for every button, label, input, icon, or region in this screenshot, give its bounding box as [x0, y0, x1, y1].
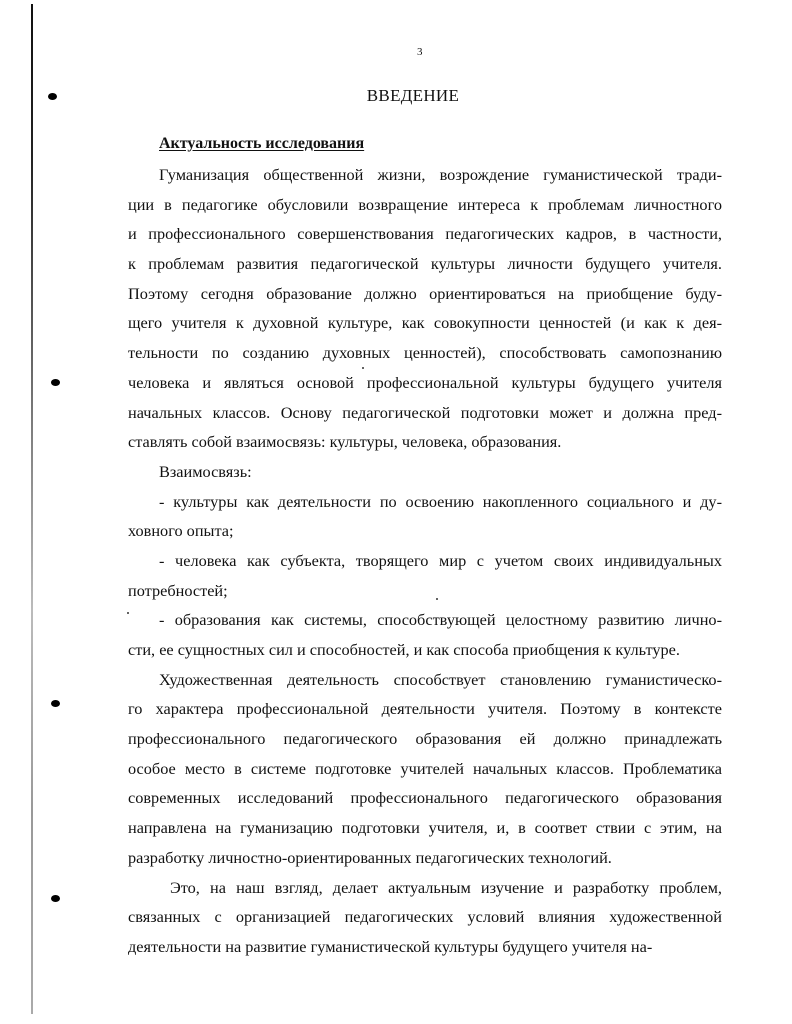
binding-line: [31, 4, 33, 1014]
text-line: разработку личностно-ориентированных пед…: [128, 843, 722, 873]
text-line: Поэтому сегодня образование должно ориен…: [128, 279, 722, 309]
page-number: 3: [417, 46, 423, 58]
text-line: современных исследований профессионально…: [128, 783, 722, 813]
text-line: ции в педагогике обусловили возвращение …: [128, 190, 722, 220]
text-line: сти, ее сущностных сил и способностей, и…: [128, 635, 722, 665]
text-line: ставлять собой взаимосвязь: культуры, че…: [128, 427, 722, 457]
page-title: ВВЕДЕНИЕ: [0, 86, 792, 106]
text-line: Гуманизация общественной жизни, возрожде…: [128, 160, 722, 190]
text-line: щего учителя к духовной культуре, как со…: [128, 308, 722, 338]
text-line: особое место в системе подготовке учител…: [128, 754, 722, 784]
section-heading: Актуальность исследования: [159, 135, 364, 153]
document-body: Гуманизация общественной жизни, возрожде…: [128, 160, 722, 962]
punch-hole-mark: [51, 379, 60, 386]
text-line: Художественная деятельность способствует…: [128, 665, 722, 695]
text-line: - культуры как деятельности по освоению …: [128, 487, 722, 517]
text-line: к проблемам развития педагогической куль…: [128, 249, 722, 279]
text-line: ховного опыта;: [128, 516, 722, 546]
text-line: деятельности на развитие гуманистической…: [128, 932, 722, 962]
text-line: Взаимосвязь:: [128, 457, 722, 487]
punch-hole-mark: [51, 895, 60, 902]
text-line: профессионального педагогического образо…: [128, 724, 722, 754]
text-line: тельности по созданию духовных ценностей…: [128, 338, 722, 368]
text-line: и профессионального совершенствования пе…: [128, 219, 722, 249]
text-line: го характера профессиональной деятельнос…: [128, 694, 722, 724]
text-line: Это, на наш взгляд, делает актуальным из…: [128, 873, 722, 903]
text-line: связанных с организацией педагогических …: [128, 902, 722, 932]
text-line: человека и являться основой профессионал…: [128, 368, 722, 398]
text-line: - человека как субъекта, творящего мир с…: [128, 546, 722, 576]
text-line: - образования как системы, способствующе…: [128, 605, 722, 635]
text-line: потребностей;: [128, 576, 722, 606]
text-line: направлена на гуманизацию подготовки учи…: [128, 813, 722, 843]
text-line: начальных классов. Основу педагогической…: [128, 398, 722, 428]
punch-hole-mark: [51, 700, 60, 707]
